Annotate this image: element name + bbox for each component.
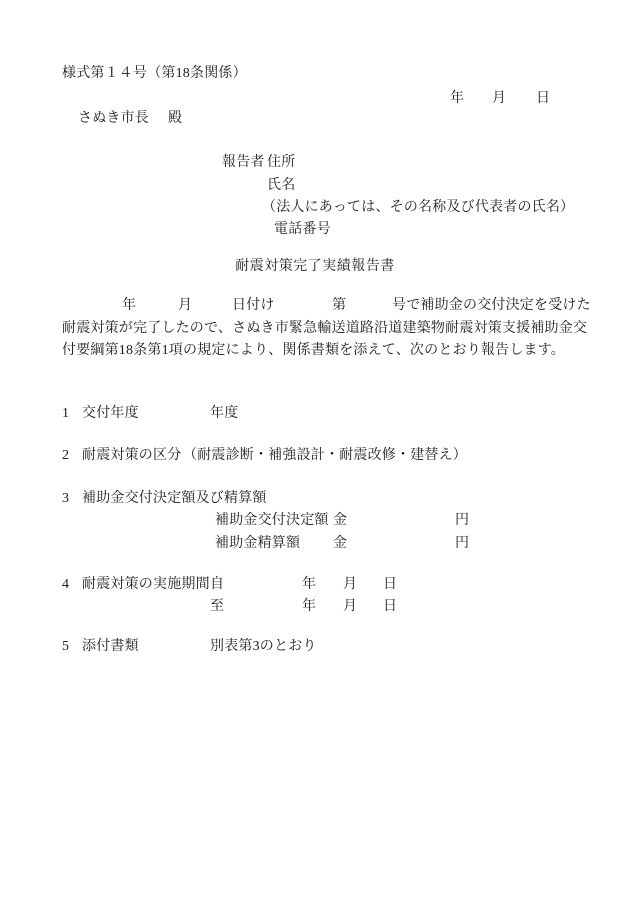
item4-number: 4: [62, 576, 69, 594]
item3-row1-currency: 金: [333, 512, 347, 530]
item4-row1-year: 年: [302, 576, 316, 594]
form-number: 様式第１４号（第18条関係）: [62, 65, 247, 83]
item5-label: 添付書類: [82, 638, 139, 656]
body-year-label: 年: [122, 297, 136, 315]
date-month-label: 月: [492, 90, 506, 108]
item3-label: 補助金交付決定額及び精算額: [82, 490, 267, 508]
body-go-clause: 号で補助金の交付決定を受けた: [392, 297, 591, 315]
reporter-name-label: 氏名: [267, 177, 295, 195]
item4-row1-prefix: 自: [210, 576, 224, 594]
item2-label: 耐震対策の区分: [82, 447, 181, 465]
reporter-corporation-note: （法人にあっては、その名称及び代表者の氏名）: [262, 199, 574, 217]
addressee-honorific: 殿: [168, 110, 182, 128]
item3-row1-unit: 円: [455, 512, 469, 530]
item4-row2-day: 日: [383, 598, 397, 616]
document-page: 様式第１４号（第18条関係） 年 月 日 さぬき市長 殿 報告者 住所 氏名 （…: [0, 0, 630, 903]
item1-number: 1: [62, 405, 69, 423]
body-line2: 耐震対策が完了したので、さぬき市緊急輸送道路沿道建築物耐震対策支援補助金交: [62, 320, 587, 338]
item1-value: 年度: [210, 405, 238, 423]
item3-row1-label: 補助金交付決定額: [215, 512, 329, 530]
item4-row1-day: 日: [383, 576, 397, 594]
reporter-address-label: 住所: [267, 154, 295, 172]
item4-row2-prefix: 至: [210, 598, 224, 616]
document-title: 耐震対策完了実績報告書: [0, 258, 630, 276]
item4-row2-month: 月: [343, 598, 357, 616]
item3-row2-unit: 円: [455, 535, 469, 553]
body-dai-label: 第: [332, 297, 346, 315]
item2-value: （耐震診断・補強設計・耐震改修・建替え）: [183, 447, 467, 465]
addressee-name: さぬき市長: [78, 110, 149, 128]
reporter-phone-label: 電話番号: [274, 221, 331, 239]
item5-number: 5: [62, 638, 69, 656]
item5-value: 別表第3のとおり: [210, 638, 317, 656]
item3-number: 3: [62, 490, 69, 508]
body-month-label: 月: [178, 297, 192, 315]
item1-label: 交付年度: [82, 405, 139, 423]
item4-row1-month: 月: [343, 576, 357, 594]
date-year-label: 年: [450, 90, 464, 108]
item4-row2-year: 年: [302, 598, 316, 616]
item2-number: 2: [62, 447, 69, 465]
item4-label: 耐震対策の実施期間: [82, 576, 210, 594]
body-day-suffix: 日付け: [232, 297, 275, 315]
item3-row2-currency: 金: [333, 535, 347, 553]
item3-row2-label: 補助金精算額: [215, 535, 300, 553]
body-line3: 付要綱第18条第1項の規定により、関係書類を添えて、次のとおり報告します。: [62, 342, 565, 360]
date-day-label: 日: [536, 90, 550, 108]
reporter-label: 報告者: [222, 154, 265, 172]
